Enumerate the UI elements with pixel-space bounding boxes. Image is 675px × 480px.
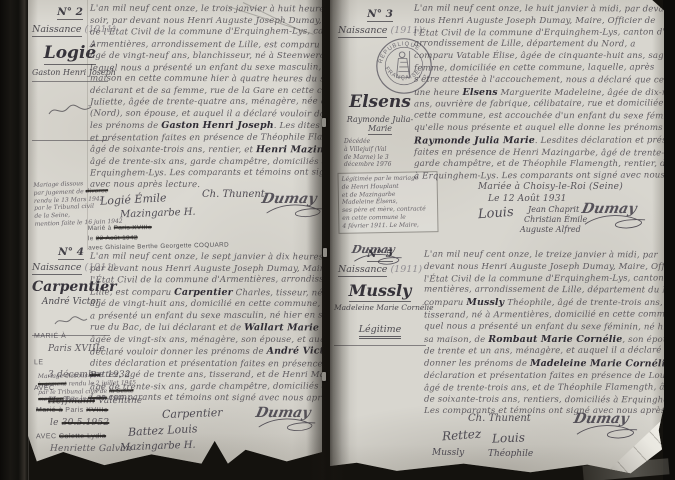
act-body-line: par devant nous Henri Auguste Joseph Dum… xyxy=(90,264,324,276)
act-body-line: de soixante-trois ans, rentiers, domicil… xyxy=(424,394,660,407)
signature-flourish: Dumay xyxy=(256,402,318,434)
act-body-line: nous Henri Auguste Joseph Dumay, Maire, … xyxy=(414,16,660,28)
signature: Dumay xyxy=(260,191,318,207)
signature: Dumay xyxy=(254,405,312,421)
act-body-line: de l'État Civil de la commune d'Erquingh… xyxy=(90,26,324,39)
divorce-note: Mariage dissouspar jugement de divorcere… xyxy=(33,178,139,228)
act-body-line: âgé de vingt-huit ans, domicilié en cett… xyxy=(90,299,324,311)
binding-stitch xyxy=(322,372,326,381)
act-body-line: tisserand, né à Armentières, domicilié e… xyxy=(424,309,660,322)
register-scan: N° 2 Naissance (1911) Logié Gaston Henri… xyxy=(0,0,675,480)
act-body-line: Battez, âgé de trente ans, tisserand, et… xyxy=(90,370,324,382)
signature: Rettez xyxy=(442,427,482,444)
act-given-names: Madeleine Marie Cornélie xyxy=(334,303,426,312)
paraph-squiggle-icon xyxy=(53,315,89,327)
act-body-line: déclarant et de sa femme, rue de la Gare… xyxy=(90,86,324,98)
act-number: N° 5 xyxy=(334,248,426,260)
act-body-line: L'an mil neuf cent onze, le treize janvi… xyxy=(424,250,660,263)
left-page: N° 2 Naissance (1911) Logié Gaston Henri… xyxy=(28,0,322,466)
right-act1-margin: N° 3 Naissance (1911) xyxy=(334,8,426,36)
act-body-line: Raymonde Julia Marie. Lesdites déclarati… xyxy=(414,134,660,148)
signature: Dumay xyxy=(572,411,630,427)
book-spine-edge xyxy=(0,0,29,480)
act-body-line: arrondissement de Lille, département du … xyxy=(414,39,660,52)
act-body-line: quel nous a présenté un enfant du sexe f… xyxy=(424,321,660,334)
act-body-line: Armentières, arrondissement de Lille, es… xyxy=(90,38,324,51)
signature: Ch. Thunent xyxy=(202,189,265,200)
act-body-line: L'an mil neuf cent onze, le trois janvie… xyxy=(90,4,324,16)
binding-stitch xyxy=(323,248,327,257)
act-body-line: âgé de soixante-trois ans, rentier, et H… xyxy=(90,144,324,157)
signature: Mussly xyxy=(432,448,464,458)
act-body-line: comparu Mussly Théophile, âgé de trente-… xyxy=(424,297,660,310)
act-type: Naissance (1911) xyxy=(334,264,426,275)
left-act1-body: L'an mil neuf cent onze, le trois janvie… xyxy=(90,4,324,191)
act-surname: Mussly xyxy=(334,281,426,300)
binding-stitch xyxy=(322,118,326,127)
act-status: Légitime xyxy=(334,324,426,335)
act-body-line: s'être attestée à l'accouchement, nous a… xyxy=(414,74,660,87)
act-body-line: déclaré vouloir donner les prénoms de An… xyxy=(90,345,324,359)
signature: Jean Chaprit xyxy=(528,205,579,214)
act-body-line: donner les prénoms de Madeleine Marie Co… xyxy=(424,358,660,372)
act-body-line: les prénoms de Gaston Henri Joseph. Les … xyxy=(90,120,324,133)
act-body-line: Juliette, âgée de trente-quatre ans, mén… xyxy=(90,96,324,109)
right-act2-margin: N° 5 Naissance (1911) Mussly Madeleine M… xyxy=(334,248,426,346)
act-body-line: et présentation faites en présence de Th… xyxy=(90,132,324,145)
act-body-line: mentières, arrondissement de Lille, dépa… xyxy=(424,285,660,298)
act-body-line: cette commune, est accouchée d'un enfant… xyxy=(414,111,660,124)
right-act2-body: L'an mil neuf cent onze, le treize janvi… xyxy=(424,250,660,418)
act-body-line: âgé de trente-trois ans, et de Théophile… xyxy=(424,382,660,395)
act-body-line: déclaration et présentation faites en pr… xyxy=(424,371,660,383)
signature: Louis xyxy=(492,430,525,445)
act-body-line: Lille, est comparu Carpentier Charles, t… xyxy=(90,286,324,299)
act-body-line: maison en cette commune hier à quatre he… xyxy=(90,74,324,86)
act-body-line: a présenté un enfant du sexe masculin, n… xyxy=(90,310,324,323)
act-body-line: l'État Civil de la commune d'Armentières… xyxy=(90,274,324,287)
act-body-line: âgé de vingt-neuf ans, blanchisseur, né … xyxy=(90,51,324,63)
signature: Carpentier xyxy=(162,406,223,421)
act-body-line: L'an mil neuf cent onze, le sept janvier… xyxy=(90,252,324,264)
act-body-line: sa maison, de Rombaut Marie Cornélie, so… xyxy=(424,334,660,347)
note-line: 4 février 1911. Le Maire, xyxy=(342,221,434,230)
act-body-line: L'an mil neuf cent onze, le huit janvier… xyxy=(414,4,660,17)
signature-flourish: Dumay xyxy=(574,408,640,442)
act-body-line: une heure Elsens Marguerite Madeleine, â… xyxy=(414,87,660,100)
mention-line: Mariée à Choisy-le-Roi (Seine) xyxy=(478,182,623,192)
act-body-line: femme, domiciliée en cette commune, laqu… xyxy=(414,62,660,75)
act-body-line: (Nord), son épouse, et auquel il a décla… xyxy=(90,108,324,120)
left-act2-body: L'an mil neuf cent onze, le sept janvier… xyxy=(90,252,324,405)
signature: Théophile xyxy=(488,449,533,459)
signature-flourish: Dumay xyxy=(582,198,648,232)
book-right-edge xyxy=(663,0,675,480)
right-act1-body: L'an mil neuf cent onze, le huit janvier… xyxy=(414,4,660,183)
act-number: N° 3 xyxy=(334,8,426,20)
signature: Christian Émile xyxy=(524,215,587,224)
margin-crease xyxy=(87,0,88,250)
act-body-line: faites en présence de Henri Mazingarbe, … xyxy=(414,147,660,160)
act-type: Naissance (1911) xyxy=(334,25,426,36)
signature: Auguste Alfred xyxy=(520,225,581,234)
act-body-line: rue du Bac, de lui déclarant et de Walla… xyxy=(90,322,324,335)
act-body-line: âgé de trente-six ans, garde champêtre, … xyxy=(90,157,324,169)
act-body-line: qu'elle nous présente et auquel elle don… xyxy=(414,123,660,135)
act-body-line: comparu Vatable Élise, âgée de cinquante… xyxy=(414,51,660,63)
signature-flourish: Dumay xyxy=(262,188,328,220)
act-body-line: âgée de vingt-six ans, ménagère, son épo… xyxy=(90,335,324,347)
act-body-line: dites déclaration et présentation faites… xyxy=(90,358,324,370)
act-body-line: devant nous Henri Auguste Joseph Dumay, … xyxy=(424,262,660,274)
signature: Louis xyxy=(478,205,515,222)
signature: Dumay xyxy=(580,201,638,217)
act-body-line: lequel nous a présenté un enfant du sexe… xyxy=(90,62,324,75)
act-body-line: garde champêtre, et de Théophile Flameng… xyxy=(414,159,660,171)
signature: Ch. Thunent xyxy=(468,413,531,424)
signature: Battez Louis xyxy=(128,422,198,439)
right-page: N° 3 Naissance (1911) RÉPUBLIQUE FRANÇAI… xyxy=(330,0,664,478)
act-body-line: âgé de trente-six ans, garde champêtre, … xyxy=(90,381,324,394)
margin-rule xyxy=(334,345,426,346)
